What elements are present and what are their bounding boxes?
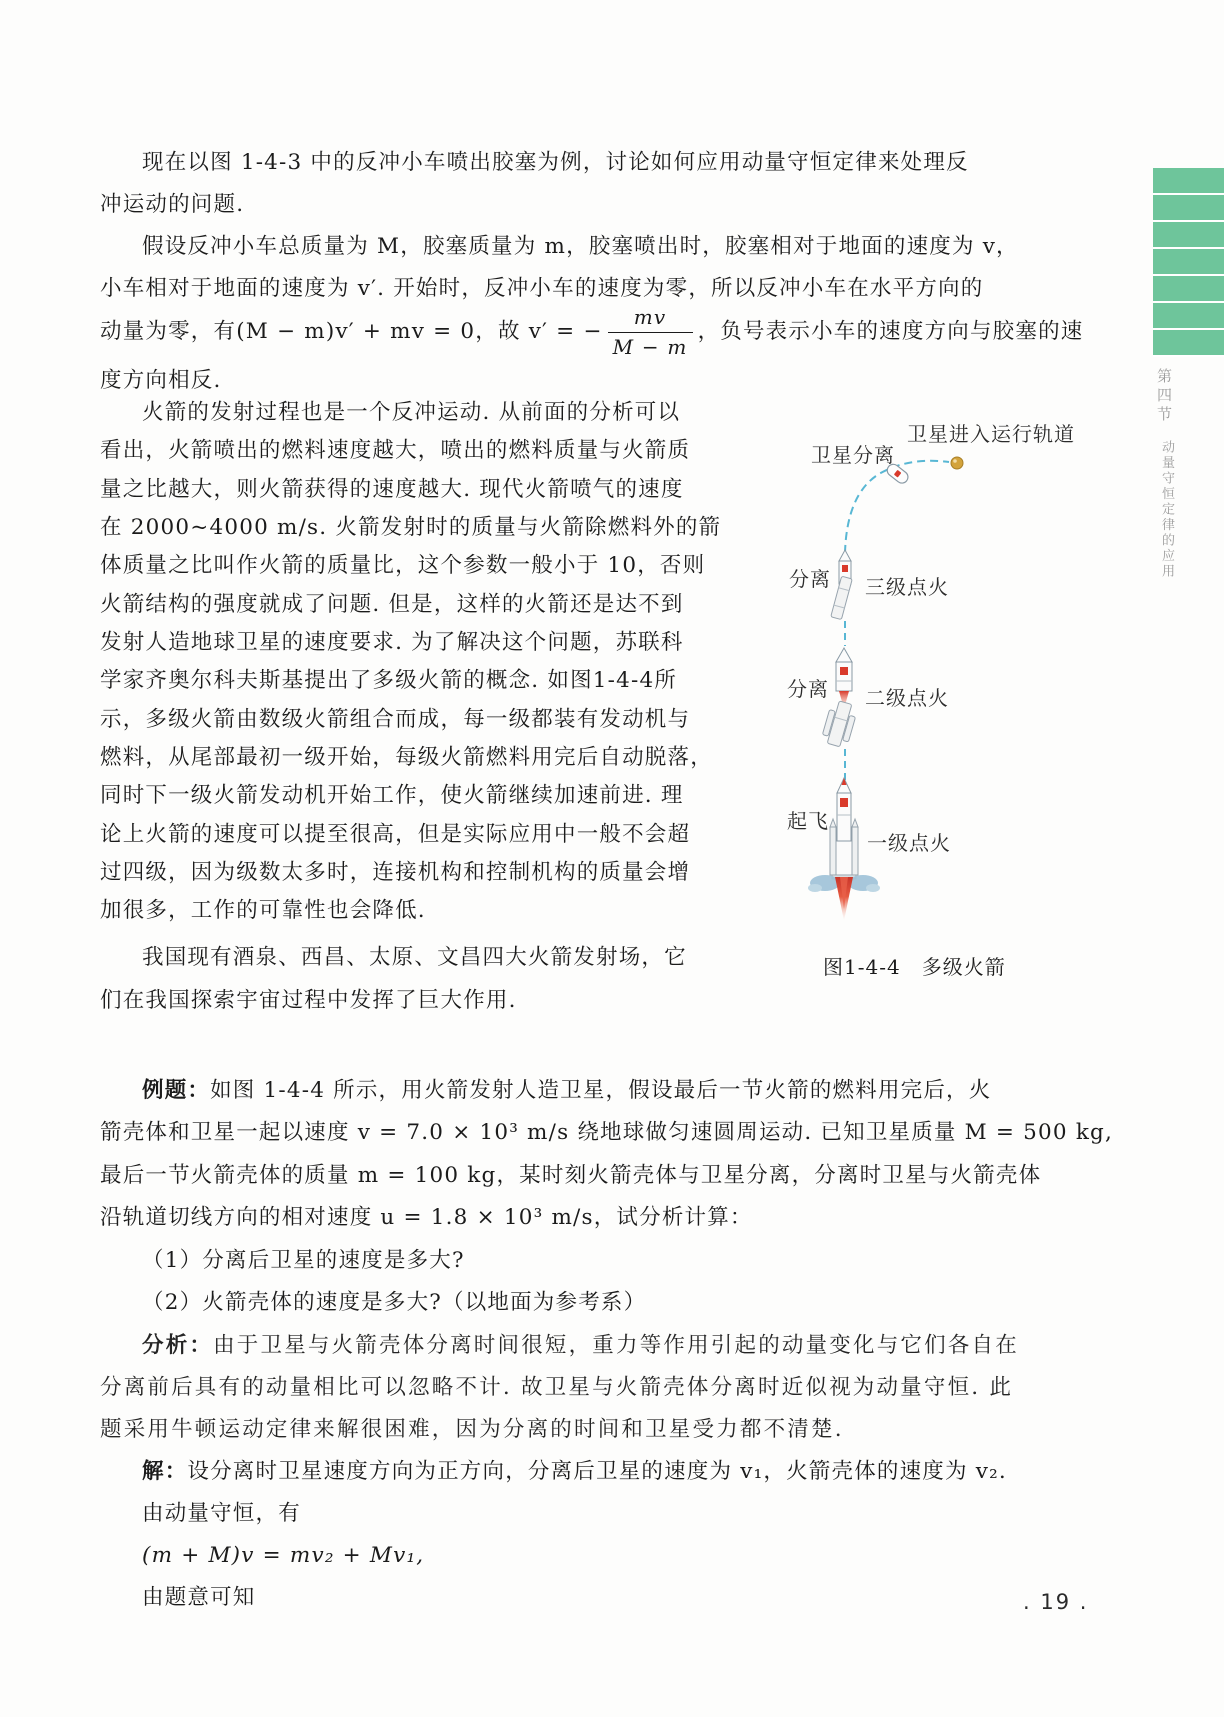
paragraph-line: 示，多级火箭由数级火箭组合而成，每一级都装有发动机与 [100,707,690,734]
sidebar-chapter-title: 动量守恒定律的应用 [1157,440,1176,580]
paragraph-line: 火箭的发射过程也是一个反冲运动. 从前面的分析可以 [142,400,680,427]
figure-label-separation-3: 分离 [789,563,831,592]
figure-label-orbit: 卫星进入运行轨道 [907,418,1075,447]
chapter-tab-block [1153,168,1224,357]
paragraph-line: 我国现有酒泉、西昌、太原、文昌四大火箭发射场，它 [142,945,687,972]
formula-line: 动量为零，有(M − m)v′ + mv = 0，故 v′ = − mv M −… [100,300,1083,364]
page-number: . 19 . [1023,1590,1088,1614]
example-line: 最后一节火箭壳体的质量 m = 100 kg，某时刻火箭壳体与卫星分离，分离时卫… [100,1163,1041,1190]
example-line: 箭壳体和卫星一起以速度 v = 7.0 × 10³ m/s 绕地球做匀速圆周运动… [100,1120,1113,1147]
example-line: 例题：如图 1-4-4 所示，用火箭发射人造卫星，假设最后一节火箭的燃料用完后，… [142,1078,991,1105]
fraction-numerator: mv [608,305,693,332]
paragraph-line: 现在以图 1-4-3 中的反冲小车喷出胶塞为例，讨论如何应用动量守恒定律来处理反 [142,150,969,177]
example-question-2: （2）火箭壳体的速度是多大?（以地面为参考系） [142,1290,646,1317]
paragraph-line: 过四级，因为级数太多时，连接机构和控制机构的质量会增 [100,860,690,887]
figure-label-liftoff: 起飞 [787,805,829,834]
paragraph-line: 看出，火箭喷出的燃料速度越大，喷出的燃料质量与火箭质 [100,438,690,465]
example-line: 沿轨道切线方向的相对速度 u = 1.8 × 10³ m/s，试分析计算： [100,1205,753,1232]
figure-label-stage3-ignition: 三级点火 [865,571,949,600]
paragraph-line: 冲运动的问题. [100,192,244,219]
paragraph-line: 发射人造地球卫星的速度要求. 为了解决这个问题，苏联科 [100,630,684,657]
figure-label-stage2-ignition: 二级点火 [865,682,949,711]
paragraph-line: 燃料，从尾部最初一级开始，每级火箭燃料用完后自动脱落， [100,745,713,772]
paragraph-line: 学家齐奥尔科夫斯基提出了多级火箭的概念. 如图1-4-4所 [100,668,677,695]
textbook-page: 现在以图 1-4-3 中的反冲小车喷出胶塞为例，讨论如何应用动量守恒定律来处理反… [0,0,1224,1717]
paragraph-line: 小车相对于地面的速度为 v′. 开始时，反冲小车的速度为零，所以反冲小车在水平方… [100,276,983,303]
paragraph-line: 体质量之比叫作火箭的质量比，这个参数一般小于 10，否则 [100,553,705,580]
solution-label: 解： [142,1459,187,1484]
paragraph-line: 度方向相反. [100,368,222,395]
paragraph-line: 假设反冲小车总质量为 M，胶塞质量为 m，胶塞喷出时，胶塞相对于地面的速度为 v… [142,234,1019,261]
figure-caption: 图1-4-4 多级火箭 [823,951,1006,980]
figure-multistage-rocket: 卫星进入运行轨道 卫星分离 分离 三级点火 分离 二级点火 起飞 一级点火 图1… [715,385,1115,985]
paragraph-line: 量之比越大，则火箭获得的速度越大. 现代火箭喷气的速度 [100,477,684,504]
satellite-highlight [953,459,957,463]
analysis-line: 题采用牛顿运动定律来解很困难，因为分离的时间和卫星受力都不清楚. [100,1417,844,1444]
paragraph-line: 在 2000~4000 m/s. 火箭发射时的质量与火箭除燃料外的箭 [100,515,721,542]
stage2-rocket [836,648,852,709]
paragraph-line: 加很多，工作的可靠性也会降低. [100,898,426,925]
paragraph-line: 火箭结构的强度就成了问题. 但是，这样的火箭还是达不到 [100,592,684,619]
analysis-line: 分离前后具有的动量相比可以忽略不计. 故卫星与火箭壳体分离时近似视为动量守恒. … [100,1375,1013,1402]
formula-text: ，负号表示小车的速度方向与胶塞的速 [698,319,1084,346]
solution-line: 由动量守恒，有 [142,1501,301,1528]
fraction: mv M − m [608,305,693,360]
figure-label-separation-2: 分离 [787,673,829,702]
figure-label-stage1-ignition: 一级点火 [867,827,951,856]
sidebar-section-label: 第四节 [1154,368,1175,425]
example-text: 如图 1-4-4 所示，用火箭发射人造卫星，假设最后一节火箭的燃料用完后，火 [210,1078,991,1103]
analysis-label: 分析： [142,1333,213,1358]
formula-text: 动量为零，有(M − m)v′ + mv = 0，故 v′ = − [100,319,603,346]
solution-line: 由题意可知 [142,1585,256,1612]
example-label: 例题： [142,1078,210,1103]
figure-label-satellite-separation: 卫星分离 [811,439,895,468]
solution-formula: (m + M)v = mv₂ + Mv₁, [142,1543,424,1570]
liftoff-rocket [830,778,858,879]
paragraph-line: 论上火箭的速度可以提至很高，但是实际应用中一般不会超 [100,822,690,849]
solution-line: 解：设分离时卫星速度方向为正方向，分离后卫星的速度为 v₁，火箭壳体的速度为 v… [142,1459,1007,1486]
solution-text: 设分离时卫星速度方向为正方向，分离后卫星的速度为 v₁，火箭壳体的速度为 v₂. [187,1459,1007,1484]
discarded-stage-casing [831,576,852,619]
fraction-denominator: M − m [608,332,693,360]
discarded-booster-stage [820,699,858,749]
paragraph-line: 同时下一级火箭发动机开始工作，使火箭继续加速前进. 理 [100,783,684,810]
analysis-text: 由于卫星与火箭壳体分离时间很短，重力等作用引起的动量变化与它们各自在 [213,1333,1019,1358]
example-question-1: （1）分离后卫星的速度是多大? [142,1248,465,1275]
satellite-dot [951,457,963,469]
paragraph-line: 们在我国探索宇宙过程中发挥了巨大作用. [100,988,517,1015]
analysis-line: 分析：由于卫星与火箭壳体分离时间很短，重力等作用引起的动量变化与它们各自在 [142,1333,1019,1360]
